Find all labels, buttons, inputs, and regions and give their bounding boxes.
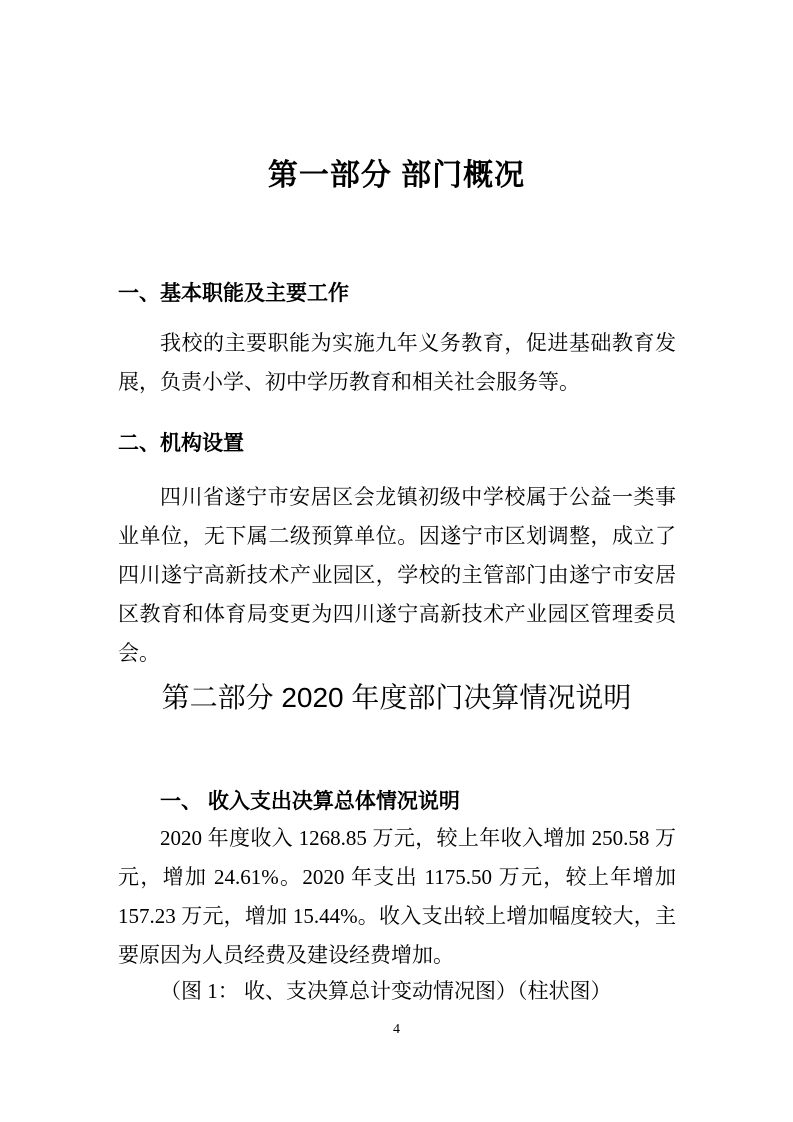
- document-page: 第一部分 部门概况 一、基本职能及主要工作 我校的主要职能为实施九年义务教育，促…: [0, 0, 793, 1122]
- section-heading-organization: 二、机构设置: [118, 427, 244, 457]
- page-number: 4: [0, 1022, 793, 1038]
- paragraph-budget-overview: 2020 年度收入 1268.85 万元，较上年收入增加 250.58 万元，增…: [118, 819, 676, 975]
- paragraph-functions: 我校的主要职能为实施九年义务教育，促进基础教育发展，负责小学、初中学历教育和相关…: [118, 324, 676, 402]
- section-heading-budget-overview: 一、 收入支出决算总体情况说明: [160, 785, 460, 815]
- section-heading-functions: 一、基本职能及主要工作: [118, 277, 349, 307]
- part2-title: 第二部分 2020 年度部门决算情况说明: [0, 676, 793, 716]
- paragraph-organization: 四川省遂宁市安居区会龙镇初级中学校属于公益一类事业单位，无下属二级预算单位。因遂…: [118, 478, 676, 673]
- figure1-caption: （图 1： 收、支决算总计变动情况图）（柱状图）: [118, 972, 676, 1011]
- part1-title: 第一部分 部门概况: [0, 150, 793, 194]
